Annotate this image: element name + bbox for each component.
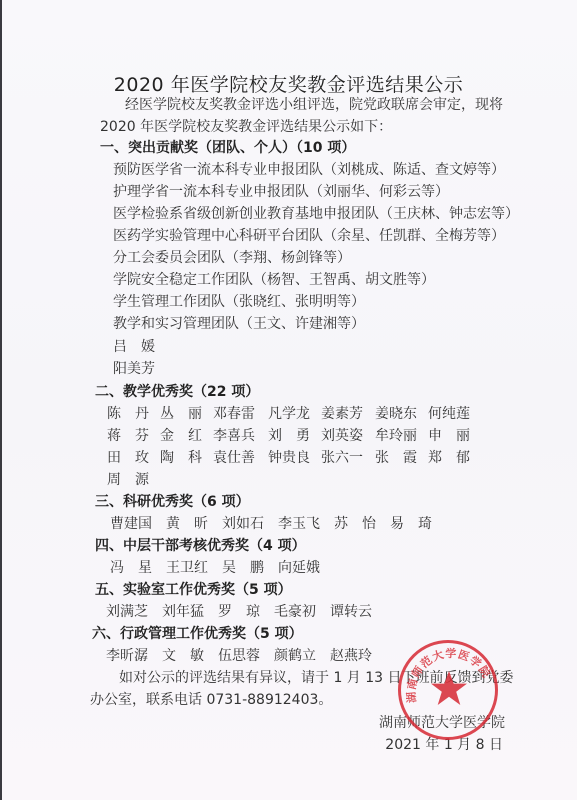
section-heading-5: 五、实验室工作优秀奖（5 项） [95,580,292,600]
award-name: 何纯莲 [428,404,470,424]
award-name: 张 霞 [375,448,417,468]
notice-line-2: 办公室，联系电话 0731-88912403。 [90,690,332,710]
award-item: 学生管理工作团队（张晓红、张明明等） [113,292,365,312]
section-heading-4: 四、中层干部考核优秀奖（4 项） [95,536,306,556]
intro-line-2: 2020 年医学院校友奖教金评选结果公示如下： [100,117,392,137]
award-item: 阳美芳 [113,359,155,379]
award-name: 丛 丽 [160,404,202,424]
award-name: 田 玫 [107,448,149,468]
section-heading-3: 三、科研优秀奖（6 项） [95,492,250,512]
award-item: 分工会委员会团队（李翔、杨剑锋等） [113,248,351,268]
award-name: 郑 郁 [428,448,470,468]
seal-star-icon [429,669,469,709]
award-name: 凡学龙 [268,404,310,424]
award-name: 姜晓东 [375,404,417,424]
award-name: 周 源 [107,470,149,490]
award-names: 冯 星 王卫红 吴 鹏 向延娥 [110,558,320,578]
award-name: 钟贵良 [268,448,310,468]
award-names: 李昕潺 文 敏 伍思蓉 颜鹤立 赵燕玲 [106,646,372,666]
award-item: 学院安全稳定工作团队（杨智、王智禹、胡文胜等） [113,270,435,290]
award-item: 护理学省一流本科专业申报团队（刘丽华、何彩云等） [113,182,449,202]
section-heading-1: 一、突出贡献奖（团队、个人）（10 项） [100,138,355,158]
award-item: 预防医学省一流本科专业申报团队（刘桃成、陈适、查文婷等） [113,160,505,180]
award-name: 金 红 [160,426,202,446]
intro-line-1: 经医学院校友奖教金评选小组评选，院党政联席会审定，现将 [125,95,503,115]
award-item: 医药学实验管理中心科研平台团队（余星、任凯群、全梅芳等） [113,226,505,246]
official-seal: 湖南师范大学医学院 [398,640,498,740]
scan-edge [0,0,2,800]
award-name: 李喜兵 [213,426,255,446]
award-name: 邓春雷 [213,404,255,424]
award-name: 张六一 [321,448,363,468]
award-name: 刘 勇 [268,426,310,446]
award-name: 刘英姿 [321,426,363,446]
award-item: 教学和实习管理团队（王文、许建湘等） [113,314,365,334]
award-name: 陈 丹 [107,404,149,424]
award-name: 申 丽 [428,426,470,446]
document-title: 2020 年医学院校友奖教金评选结果公示 [0,70,577,97]
award-name: 袁仕善 [213,448,255,468]
document-page: 2020 年医学院校友奖教金评选结果公示 经医学院校友奖教金评选小组评选，院党政… [0,0,577,800]
award-names: 曹建国 黄 昕 刘如石 李玉飞 苏 怡 易 琦 [110,514,432,534]
award-item: 吕 媛 [113,337,155,357]
award-names: 刘满芝 刘年猛 罗 琼 毛豪初 谭转云 [106,602,372,622]
award-item: 医学检验系省级创新创业教育基地申报团队（王庆林、钟志宏等） [113,204,519,224]
award-name: 牟玲丽 [375,426,417,446]
award-name: 姜素芳 [321,404,363,424]
section-heading-6: 六、行政管理工作优秀奖（5 项） [92,624,303,644]
award-name: 蒋 芬 [107,426,149,446]
section-heading-2: 二、教学优秀奖（22 项） [95,382,259,402]
award-name: 陶 科 [160,448,202,468]
